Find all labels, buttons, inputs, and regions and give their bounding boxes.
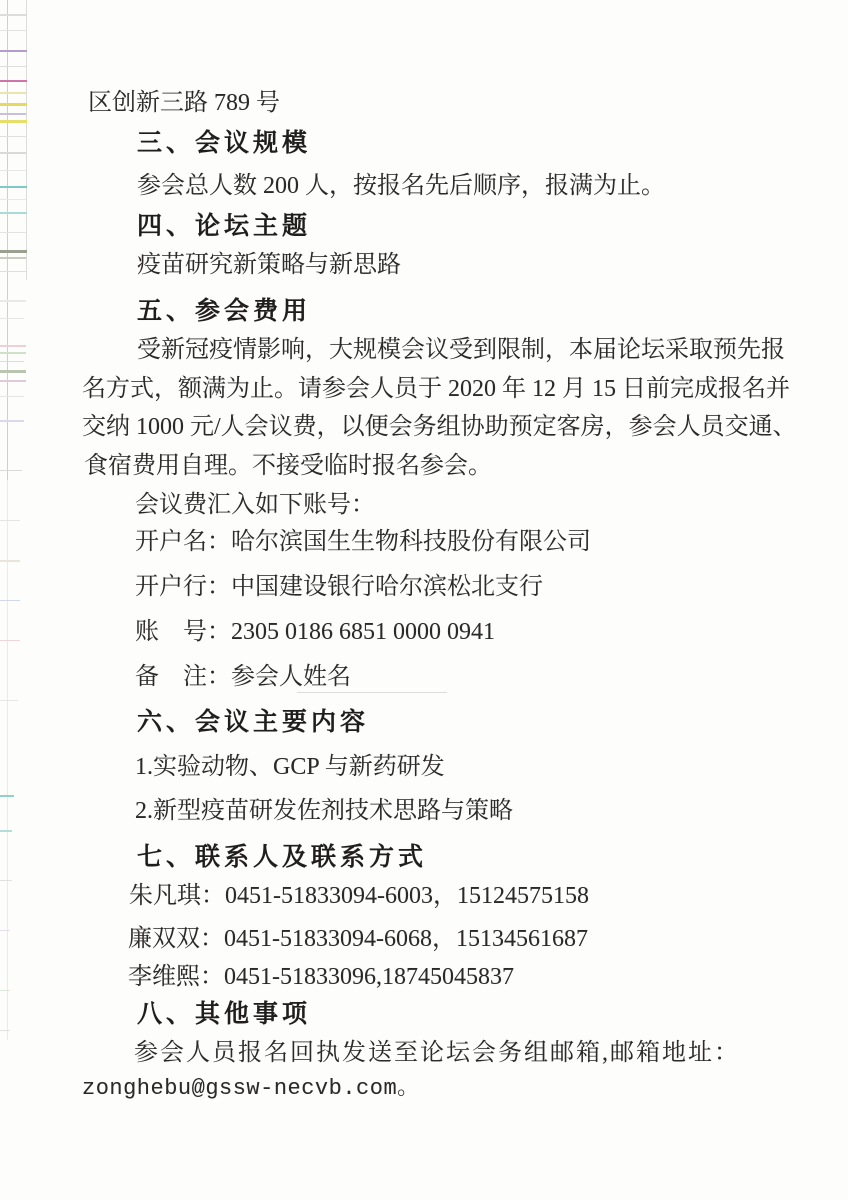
scan-artifact-line <box>0 1030 10 1031</box>
scan-artifact-line <box>0 66 26 67</box>
scan-artifact-line <box>0 352 26 354</box>
scan-artifact-line <box>0 212 27 214</box>
scan-artifact-line <box>0 152 26 154</box>
scan-artifact-line <box>0 880 12 881</box>
remark-line: 备 注：参会人姓名 <box>135 662 351 692</box>
section-heading-other-matters: 八、其他事项 <box>137 999 311 1029</box>
scan-artifact-line <box>0 560 20 562</box>
scan-artifact-line <box>0 930 10 931</box>
scan-artifact-line <box>0 92 26 94</box>
scan-artifact-line <box>7 0 8 480</box>
other-matters-text: 参会人员报名回执发送至论坛会务组邮箱,邮箱地址： <box>134 1038 740 1068</box>
scan-artifact-line <box>0 136 26 137</box>
scan-artifact-line <box>0 80 27 82</box>
scan-artifact-line <box>0 257 26 259</box>
scan-artifact-line <box>0 30 26 31</box>
scan-artifact-line <box>0 345 26 347</box>
email-address-text: zonghebu@gssw-necvb.com。 <box>82 1074 420 1104</box>
scan-artifact-line <box>0 103 27 106</box>
contact-line-zhu-fanqi: 朱凡琪：0451-51833094-6003，15124575158 <box>129 881 589 911</box>
scan-artifact-line <box>0 14 26 16</box>
fee-paragraph-line-1: 受新冠疫情影响，大规模会议受到限制，本届论坛采取预先报 <box>137 335 785 365</box>
address-continuation-line: 区创新三路 789 号 <box>88 88 280 118</box>
scan-artifact-line <box>0 170 26 171</box>
scan-artifact-line <box>0 600 20 601</box>
content-item-2: 2.新型疫苗研发佐剂技术思路与策略 <box>135 796 513 826</box>
meeting-scale-text: 参会总人数 200 人，按报名先后顺序，报满为止。 <box>137 171 665 201</box>
remittance-intro-line: 会议费汇入如下账号： <box>135 490 375 520</box>
scan-artifact-line <box>0 199 26 200</box>
scan-artifact-line <box>0 990 10 991</box>
scan-artifact-line <box>0 113 26 115</box>
fee-paragraph-line-4: 食宿费用自理。不接受临时报名参会。 <box>84 451 492 481</box>
section-heading-main-content: 六、会议主要内容 <box>137 707 369 737</box>
scan-artifact-line <box>0 420 24 422</box>
section-heading-meeting-scale: 三、会议规模 <box>137 128 311 158</box>
section-heading-contacts: 七、联系人及联系方式 <box>137 842 427 872</box>
contact-line-li-weixi: 李维熙：0451-51833096,18745045837 <box>128 962 514 992</box>
scan-artifact-line <box>26 0 27 280</box>
scan-artifact-line <box>0 271 26 272</box>
scan-artifact-line <box>0 640 20 641</box>
scan-artifact-line <box>0 120 27 123</box>
scan-artifact-line <box>0 250 27 253</box>
fee-paragraph-line-3: 交纳 1000 元/人会议费，以便会务组协助预定客房，参会人员交通、 <box>82 412 797 442</box>
account-name-line: 开户名：哈尔滨国生生物科技股份有限公司 <box>135 527 591 557</box>
section-heading-forum-theme: 四、论坛主题 <box>137 211 311 241</box>
scan-artifact-line <box>0 520 20 521</box>
scan-artifact-line <box>0 795 14 797</box>
content-item-1: 1.实验动物、GCP 与新药研发 <box>135 752 445 782</box>
contact-line-lian-shuangshuang: 廉双双：0451-51833094-6068，15134561687 <box>128 924 588 954</box>
account-number-line: 账 号：2305 0186 6851 0000 0941 <box>135 617 495 647</box>
scan-artifact-line <box>0 370 26 373</box>
scan-artifact-line <box>0 300 26 302</box>
forum-theme-text: 疫苗研究新策略与新思路 <box>137 250 401 280</box>
scan-artifact-line <box>0 361 24 362</box>
scanned-document-page: 区创新三路 789 号 三、会议规模 参会总人数 200 人，按报名先后顺序，报… <box>0 0 848 1200</box>
scan-artifact-line <box>0 700 18 701</box>
scan-artifact-line <box>0 232 26 233</box>
scan-artifact-line <box>0 186 27 188</box>
scan-artifact-line <box>0 318 24 319</box>
scan-artifact-line <box>0 470 22 471</box>
scan-artifact-line <box>297 692 447 693</box>
bank-branch-line: 开户行：中国建设银行哈尔滨松北支行 <box>135 572 543 602</box>
scan-artifact-line <box>0 380 26 382</box>
scan-artifact-line <box>0 50 27 52</box>
section-heading-attendance-fee: 五、参会费用 <box>137 296 311 326</box>
scan-artifact-line <box>0 396 24 397</box>
scan-artifact-line <box>7 480 8 1040</box>
fee-paragraph-line-2: 名方式，额满为止。请参会人员于 2020 年 12 月 15 日前完成报名并 <box>82 374 790 404</box>
scan-artifact-line <box>0 830 12 832</box>
